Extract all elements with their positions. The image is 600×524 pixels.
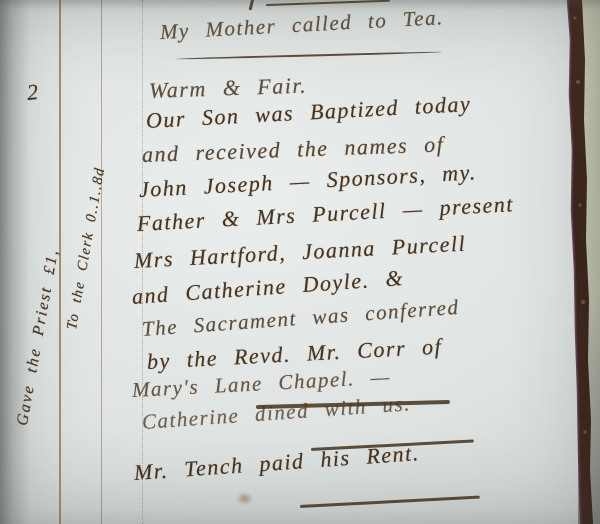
entry-line-weather: Warm & Fair.: [149, 72, 308, 103]
underline-tea: [176, 51, 442, 60]
page-top-shade: [0, 0, 600, 10]
margin-note-clerk: To the Clerk 0..1..8d: [64, 166, 109, 331]
manuscript-photo: 2 Gave the Priest £1, To the Clerk 0..1.…: [0, 0, 600, 524]
underline-rent: [300, 496, 480, 508]
page-left-shadow: [0, 0, 30, 524]
margin-rule-2: [101, 0, 102, 524]
ink-stain: [236, 492, 253, 505]
page-binding-edge: [560, 0, 600, 524]
entry-line-previous-closing: My Mother called to Tea.: [159, 5, 444, 45]
entry-line: Mrs Hartford, Joanna Purcell: [133, 231, 466, 274]
entry-line-rent: Mr. Tench paid his Rent.: [133, 440, 420, 486]
